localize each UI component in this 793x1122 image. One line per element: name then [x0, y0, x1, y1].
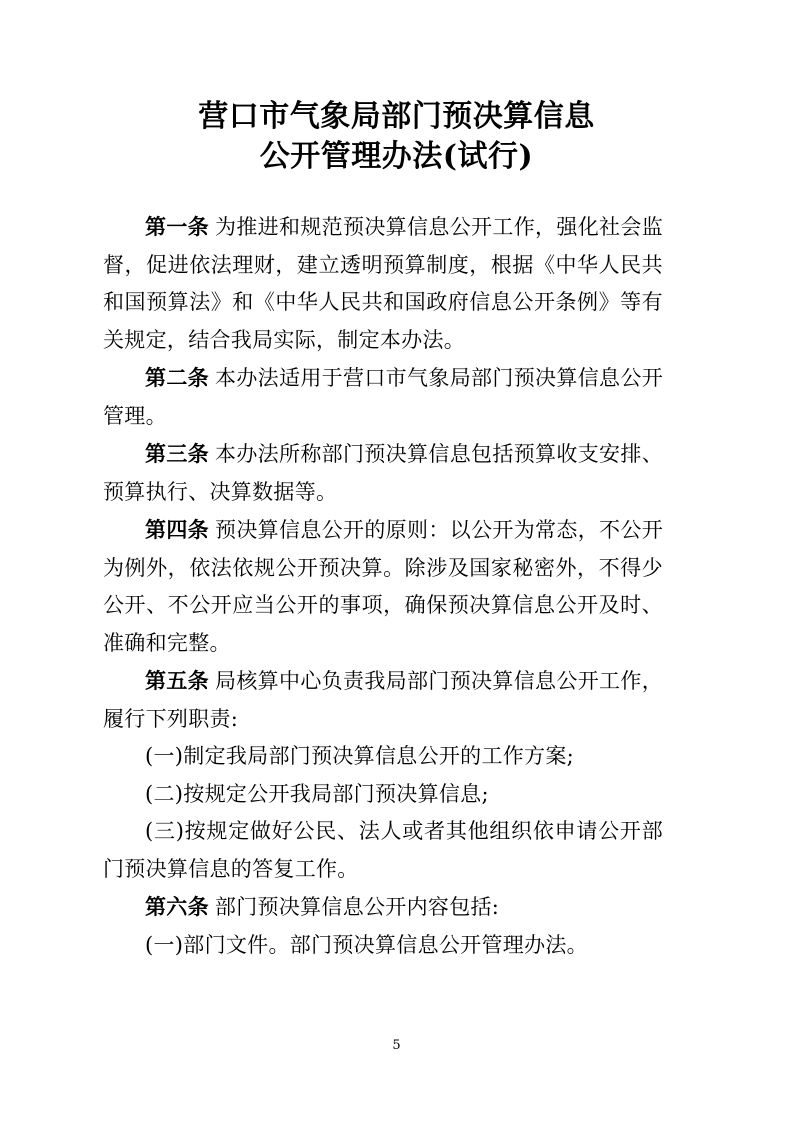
- document-title-line2: 公开管理办法(试行): [0, 137, 793, 177]
- paragraph: (三)按规定做好公民、法人或者其他组织依申请公开部门预决算信息的答复工作。: [103, 813, 663, 888]
- paragraph: (一)制定我局部门预决算信息公开的工作方案;: [103, 738, 663, 776]
- paragraph: 第五条局核算中心负责我局部门预决算信息公开工作，履行下列职责:: [103, 662, 663, 738]
- article-number: 第一条: [145, 214, 209, 239]
- paragraph: 第六条部门预决算信息公开内容包括:: [103, 888, 663, 927]
- article-number: 第六条: [145, 894, 209, 919]
- paragraph: 第四条预决算信息公开的原则：以公开为常态，不公开为例外，依法依规公开预决算。除涉…: [103, 511, 663, 662]
- document-body: 第一条为推进和规范预决算信息公开工作，强化社会监督，促进依法理财，建立透明预算制…: [103, 208, 663, 964]
- paragraph: 第三条本办法所称部门预决算信息包括预算收支安排、预算执行、决算数据等。: [103, 435, 663, 511]
- article-number: 第五条: [145, 668, 209, 693]
- paragraph: 第一条为推进和规范预决算信息公开工作，强化社会监督，促进依法理财，建立透明预算制…: [103, 208, 663, 359]
- document-title-line1: 营口市气象局部门预决算信息: [0, 97, 793, 137]
- article-number: 第四条: [145, 517, 209, 542]
- page-number: 5: [0, 1038, 793, 1054]
- document-page: 营口市气象局部门预决算信息 公开管理办法(试行) 第一条为推进和规范预决算信息公…: [0, 0, 793, 1122]
- article-number: 第二条: [145, 365, 209, 390]
- paragraph: (一)部门文件。部门预决算信息公开管理办法。: [103, 927, 663, 965]
- article-number: 第三条: [145, 441, 209, 466]
- document-title: 营口市气象局部门预决算信息 公开管理办法(试行): [0, 0, 793, 177]
- paragraph: 第二条本办法适用于营口市气象局部门预决算信息公开管理。: [103, 359, 663, 435]
- paragraph: (二)按规定公开我局部门预决算信息;: [103, 776, 663, 814]
